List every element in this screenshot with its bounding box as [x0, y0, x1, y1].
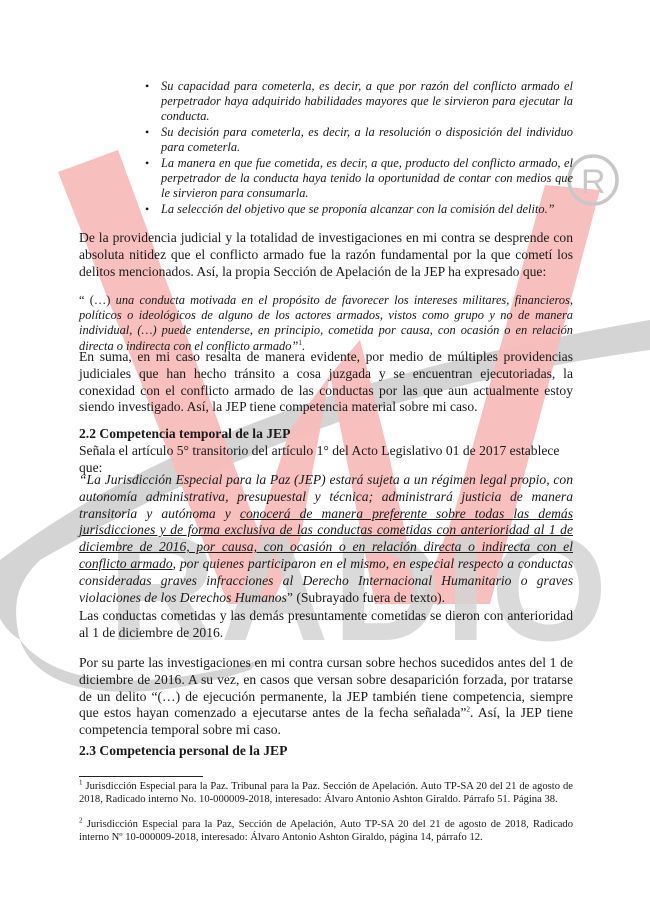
footnote-1: 1 Jurisdicción Especial para la Paz. Tri…: [79, 780, 573, 806]
quote2-part-c: ” (Subrayado fuera de texto).: [287, 590, 445, 605]
heading-competencia-personal: 2.3 Competencia personal de la JEP: [79, 743, 287, 760]
footnote-separator: [79, 776, 203, 777]
heading-competencia-temporal: 2.2 Competencia temporal de la JEP: [79, 426, 290, 443]
document-page: Su capacidad para cometerla, es decir, a…: [0, 0, 650, 919]
footnote-2: 2 Jurisdicción Especial para la Paz, Sec…: [79, 818, 573, 844]
paragraph-providencia: De la providencia judicial y la totalida…: [79, 230, 573, 280]
footnote-text: Jurisdicción Especial para la Paz. Tribu…: [79, 781, 573, 805]
list-item: La selección del objetivo que se proponí…: [145, 202, 573, 217]
footnote-text: Jurisdicción Especial para la Paz, Secci…: [79, 819, 573, 843]
list-item: Su capacidad para cometerla, es decir, a…: [145, 79, 573, 125]
paragraph-por-su-parte: Por su parte las investigaciones en mi c…: [79, 655, 573, 739]
paragraph-conductas: Las conductas cometidas y las demás pres…: [79, 608, 573, 642]
list-item: La manera en que fue cometida, es decir,…: [145, 156, 573, 202]
quote-apelacion: “ (…) una conducta motivada en el propós…: [79, 293, 573, 354]
paragraph-en-suma: En suma, en mi caso resalta de manera ev…: [79, 349, 573, 416]
criteria-list: Su capacidad para cometerla, es decir, a…: [145, 79, 573, 218]
quote-body: una conducta motivada en el propósito de…: [79, 293, 573, 353]
quote-open: “ (…): [79, 293, 116, 307]
quote-acto-legislativo: “La Jurisdicción Especial para la Paz (J…: [79, 472, 573, 606]
list-item: Su decisión para cometerla, es decir, a …: [145, 125, 573, 155]
